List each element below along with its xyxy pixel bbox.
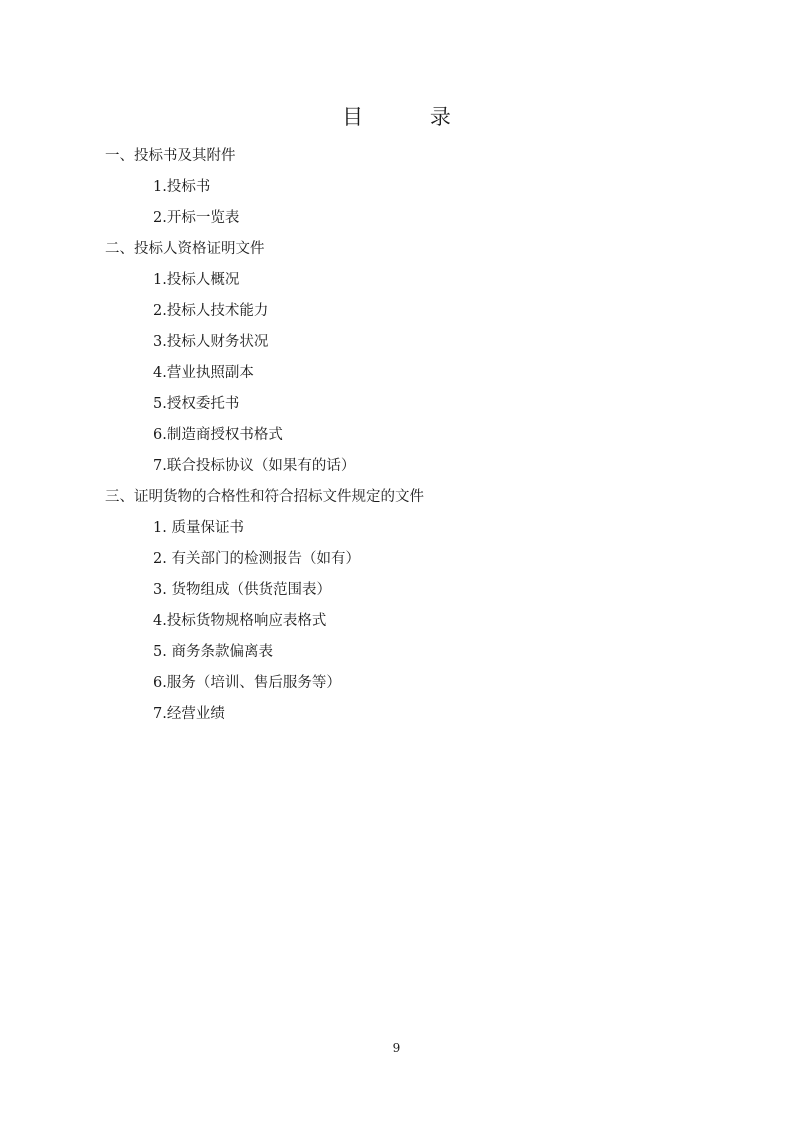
toc-item[interactable]: 2. 有关部门的检测报告（如有）: [105, 549, 705, 580]
toc-item[interactable]: 4.营业执照副本: [105, 363, 705, 394]
toc-section-2[interactable]: 二、投标人资格证明文件: [105, 239, 705, 270]
toc-item[interactable]: 1.投标书: [105, 177, 705, 208]
toc-item[interactable]: 1.投标人概况: [105, 270, 705, 301]
toc-item[interactable]: 2.开标一览表: [105, 208, 705, 239]
toc-item[interactable]: 3. 货物组成（供货范围表）: [105, 580, 705, 611]
toc-section-1[interactable]: 一、投标书及其附件: [105, 146, 705, 177]
table-of-contents: 一、投标书及其附件 1.投标书 2.开标一览表 二、投标人资格证明文件 1.投标…: [105, 146, 705, 735]
toc-item[interactable]: 3.投标人财务状况: [105, 332, 705, 363]
toc-item[interactable]: 7.联合投标协议（如果有的话）: [105, 456, 705, 487]
toc-item[interactable]: 1. 质量保证书: [105, 518, 705, 549]
toc-item[interactable]: 7.经营业绩: [105, 704, 705, 735]
toc-item[interactable]: 6.服务（培训、售后服务等）: [105, 673, 705, 704]
toc-section-3[interactable]: 三、证明货物的合格性和符合招标文件规定的文件: [105, 487, 705, 518]
page-title: 目 录: [0, 101, 793, 131]
toc-item[interactable]: 6.制造商授权书格式: [105, 425, 705, 456]
toc-item[interactable]: 4.投标货物规格响应表格式: [105, 611, 705, 642]
toc-item[interactable]: 5. 商务条款偏离表: [105, 642, 705, 673]
toc-item[interactable]: 2.投标人技术能力: [105, 301, 705, 332]
toc-item[interactable]: 5.授权委托书: [105, 394, 705, 425]
page-number: 9: [0, 1041, 793, 1055]
